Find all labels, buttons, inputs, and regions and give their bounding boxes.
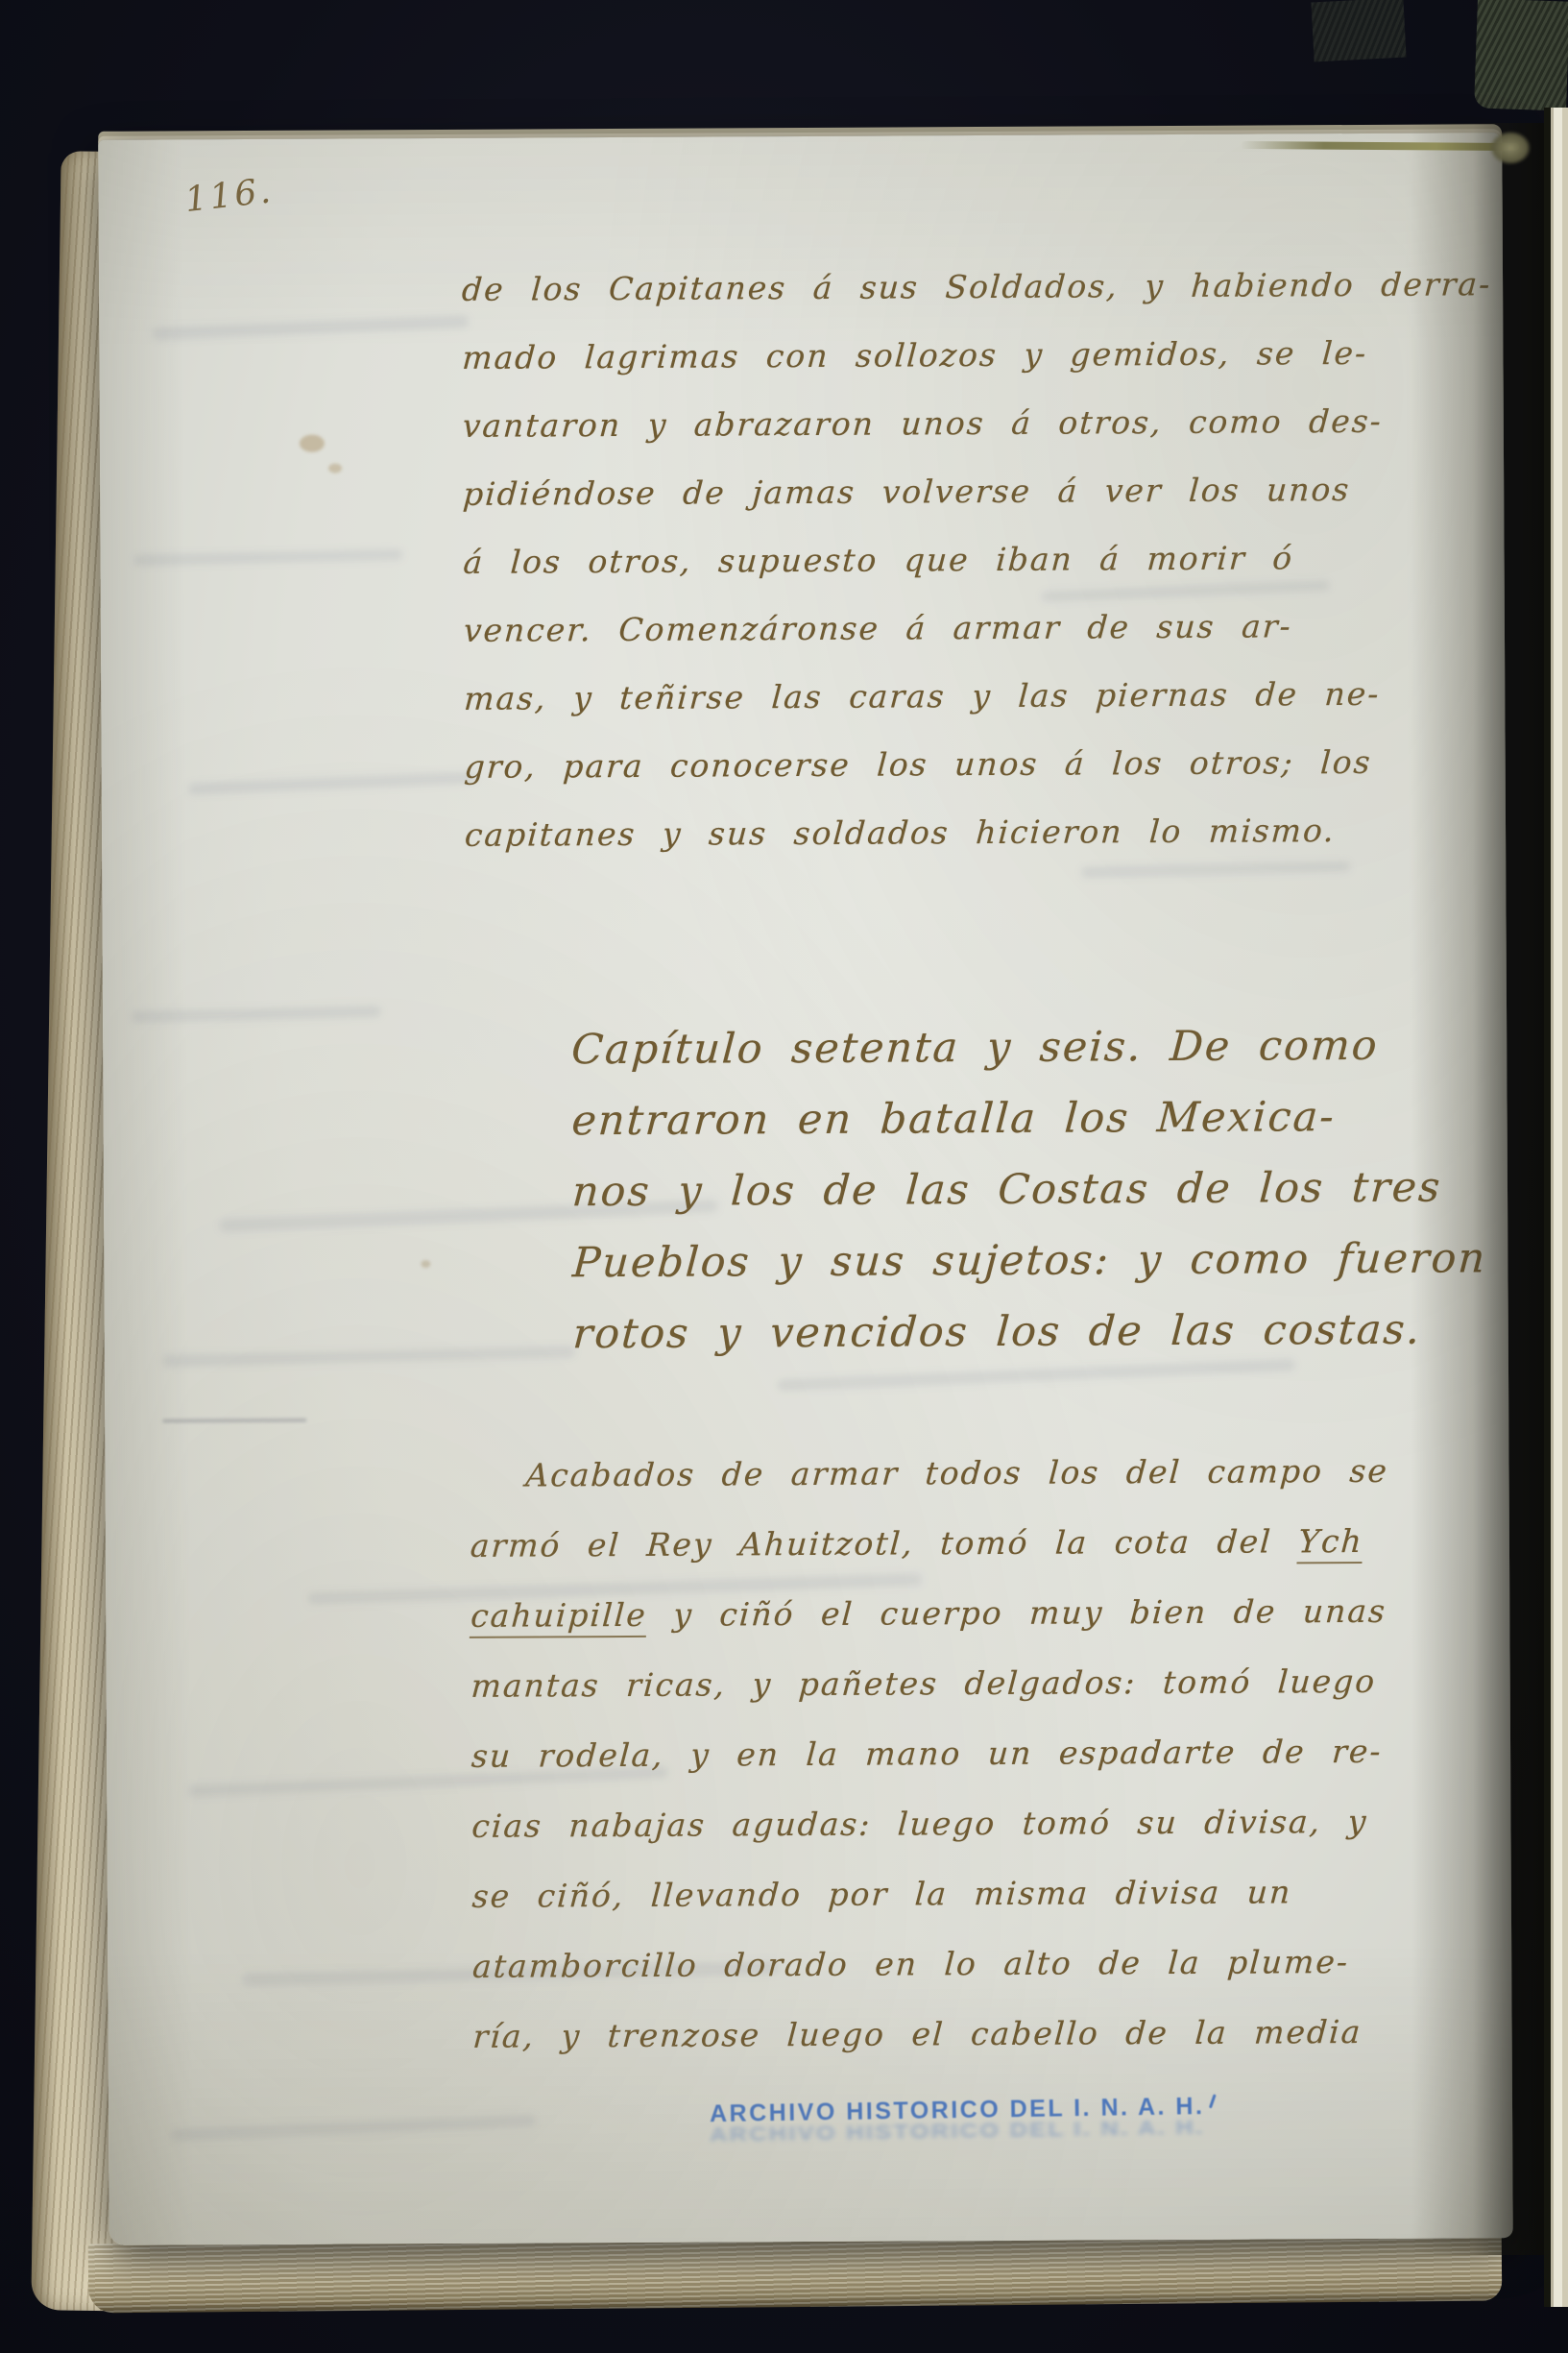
show-through-mark xyxy=(188,772,476,795)
show-through-mark xyxy=(171,2115,536,2141)
manuscript-line: de los Capitanes á sus Soldados, y habie… xyxy=(460,250,1494,324)
manuscript-line: gro, para conocerse los unos á los otros… xyxy=(462,727,1496,801)
gutter-shadow xyxy=(1411,123,1548,2255)
underlined-word: cahuipille xyxy=(470,1596,648,1638)
show-through-mark xyxy=(132,1006,381,1023)
manuscript-line: pidiéndose de jamas volverse á ver los u… xyxy=(461,454,1495,528)
manuscript-line: á los otros, supuesto que iban á morir ó xyxy=(461,522,1495,596)
facing-page-edge xyxy=(1544,108,1568,2307)
manuscript-line: mantas ricas, y pañetes delgados: tomó l… xyxy=(469,1646,1391,1721)
manuscript-page: 116. de los Capitanes á sus Soldados, y … xyxy=(98,133,1512,2245)
manuscript-line: entraron en batalla los Mexica- xyxy=(569,1080,1488,1156)
underlined-word: Ych xyxy=(1297,1522,1364,1564)
manuscript-line: nos y los de las Costas de los tres xyxy=(570,1152,1489,1227)
show-through-mark xyxy=(133,549,402,566)
body-paragraph: Acabados de armar todos los del campo se… xyxy=(470,1436,1391,2072)
chapter-heading: Capítulo setenta y seis. De comoentraron… xyxy=(571,1009,1487,1370)
manuscript-line: se ciñó, llevando por la misma divisa un xyxy=(470,1856,1392,1931)
manuscript-line: cahuipille y ciñó el cuerpo muy bien de … xyxy=(469,1576,1391,1651)
manuscript-line: capitanes y sus soldados hicieron lo mis… xyxy=(463,795,1497,869)
foxing-spot xyxy=(300,435,325,452)
opening-paragraph: de los Capitanes á sus Soldados, y habie… xyxy=(462,250,1495,869)
manuscript-line: ría, y trenzose luego el cabello de la m… xyxy=(470,1997,1393,2072)
manuscript-line: cias nabajas agudas: luego tomó su divis… xyxy=(470,1786,1392,1861)
stamp-flourish xyxy=(1209,2094,1217,2108)
book-cover-corner xyxy=(1474,0,1568,111)
folio-number: 116. xyxy=(183,171,276,220)
pencil-mark xyxy=(162,1419,306,1423)
manuscript-line: Acabados de armar todos los del campo se xyxy=(468,1436,1390,1511)
book-cover-fragment xyxy=(1311,0,1406,61)
manuscript-line: atamborcillo dorado en lo alto de la plu… xyxy=(470,1927,1393,2001)
photo-of-manuscript: { "photo": { "description_colors": { "ba… xyxy=(0,0,1568,2353)
manuscript-line: Pueblos y sus sujetos: y como fueron xyxy=(570,1223,1489,1298)
manuscript-line: rotos y vencidos los de las costas. xyxy=(570,1294,1489,1370)
show-through-mark xyxy=(152,315,469,340)
manuscript-line: vencer. Comenzáronse á armar de sus ar- xyxy=(462,591,1496,665)
show-through-mark xyxy=(162,1346,575,1368)
foxing-spot xyxy=(328,464,342,473)
manuscript-line: mado lagrimas con sollozos y gemidos, se… xyxy=(460,318,1494,392)
manuscript-line: vantaron y abrazaron unos á otros, como … xyxy=(461,386,1495,460)
manuscript-line: Capítulo setenta y seis. De como xyxy=(569,1009,1488,1085)
manuscript-line: mas, y teñirse las caras y las piernas d… xyxy=(462,659,1496,733)
foxing-spot xyxy=(421,1260,430,1268)
manuscript-line: su rodela, y en la mano un espadarte de … xyxy=(470,1716,1392,1791)
manuscript-line: armó el Rey Ahuitzotl, tomó la cota del … xyxy=(469,1506,1391,1581)
